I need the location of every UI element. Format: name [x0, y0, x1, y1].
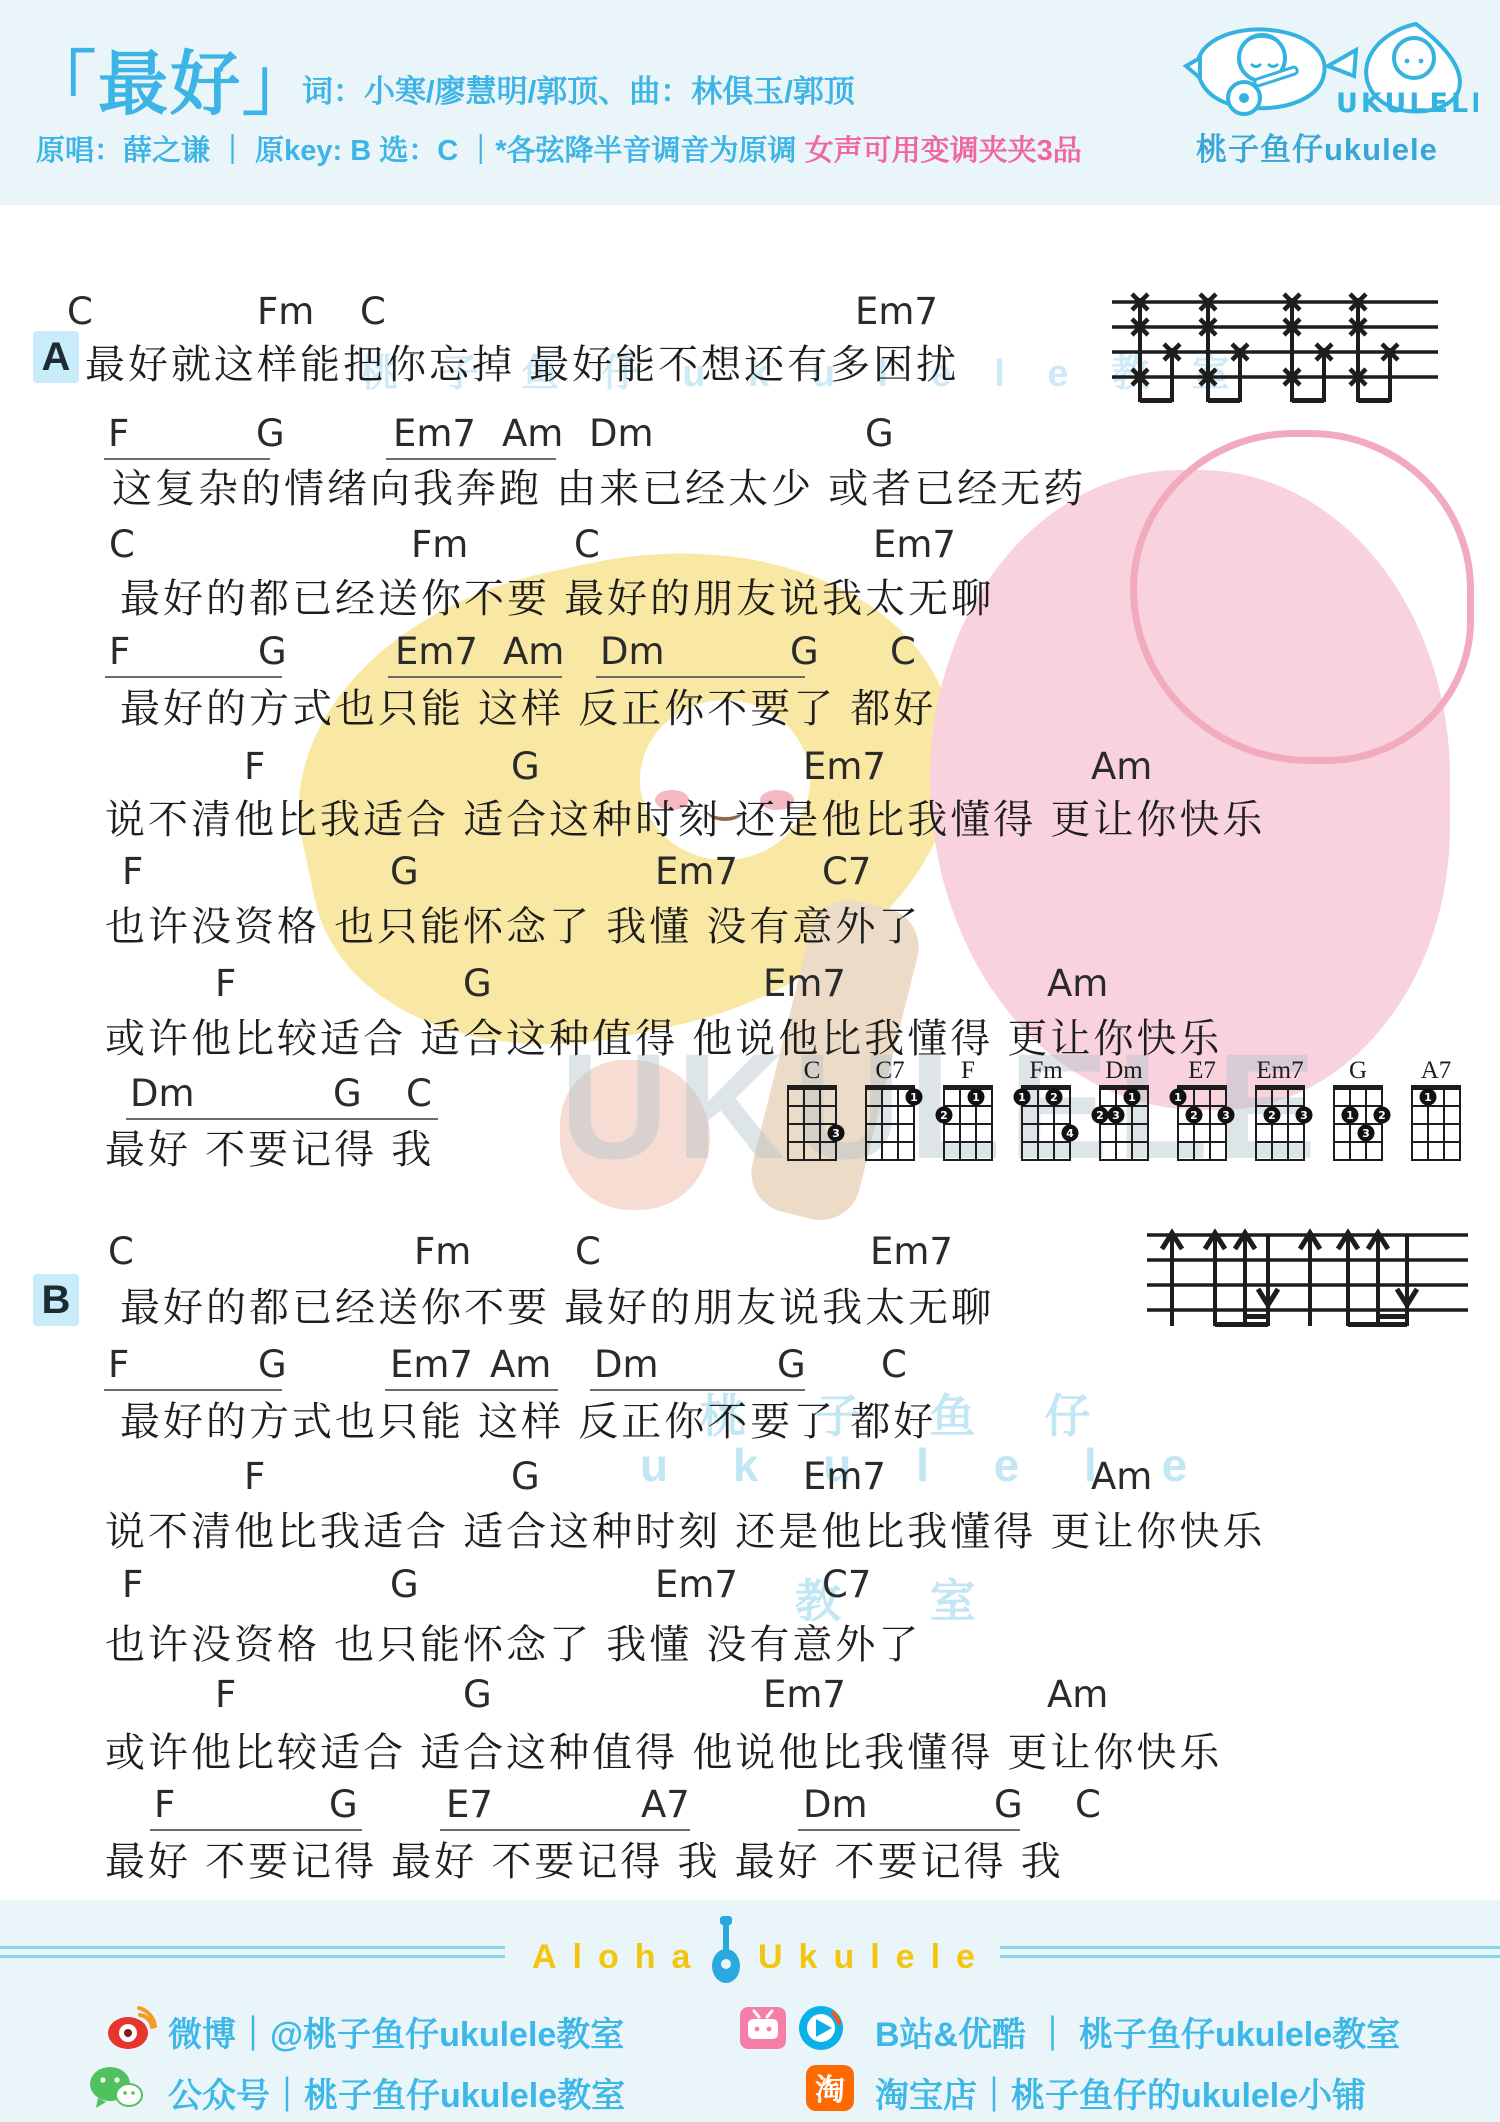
- chord-symbol: Fm: [414, 1230, 471, 1273]
- chord-symbol: C: [360, 290, 386, 333]
- chord-diagram-e7: E7123: [1167, 1058, 1237, 1178]
- lyric-line: 最好的方式也只能 这样 反正你不要了 都好: [120, 1390, 936, 1447]
- chord-symbol: G: [258, 630, 287, 673]
- ukulele-text: Ukulele: [758, 1938, 991, 1977]
- ukulele-icon: [706, 1916, 746, 1991]
- chord-symbol: Am: [490, 1343, 551, 1386]
- svg-text:Fm: Fm: [1029, 1058, 1063, 1084]
- lyric-line: 最好 不要记得 我: [105, 1118, 434, 1175]
- chord-symbol: C: [1075, 1783, 1101, 1826]
- chord-symbol: G: [390, 850, 419, 893]
- chord-symbol: Fm: [257, 290, 314, 333]
- chord-symbol: Em7: [870, 1230, 953, 1273]
- chord-symbol: C: [881, 1343, 907, 1386]
- chord-symbol: Am: [1091, 745, 1152, 788]
- strum-pattern-arrows: [1135, 1225, 1480, 1355]
- chord-symbol: G: [790, 630, 819, 673]
- svg-text:3: 3: [1222, 1109, 1230, 1122]
- lyric-line: 最好 不要记得 最好 不要记得 我 最好 不要记得 我: [105, 1830, 1064, 1887]
- strum-pattern-muted: [1100, 292, 1450, 422]
- bilibili-youku-icon: [740, 2003, 852, 2056]
- section-marker-a: A: [33, 331, 79, 383]
- chord-symbol: F: [154, 1783, 175, 1826]
- footer-item-bilibili-youku: B站&优酷 ｜ 桃子鱼仔ukulele教室: [0, 2003, 1500, 2055]
- footer-label: 淘宝店｜桃子鱼仔的ukulele小铺: [875, 2068, 1366, 2117]
- chord-symbol: E7: [446, 1783, 493, 1826]
- svg-text:2: 2: [1190, 1109, 1198, 1122]
- chord-symbol: C7: [822, 850, 871, 893]
- chord-symbol: G: [865, 412, 894, 455]
- lyric-line: 这复杂的情绪向我奔跑 由来已经太少 或者已经无药: [112, 457, 1086, 514]
- chord-symbol: Em7: [855, 290, 938, 333]
- lyric-line: 也许没资格 也只能怀念了 我懂 没有意外了: [105, 895, 921, 952]
- chord-symbol: Am: [502, 412, 563, 455]
- chord-diagram-dm: Dm123: [1089, 1058, 1159, 1178]
- aloha-divider: Aloha Ukulele: [0, 1916, 1500, 1986]
- chord-symbol: Dm: [600, 630, 665, 673]
- taobao-icon: 淘: [805, 2064, 855, 2117]
- chord-symbol: G: [256, 412, 285, 455]
- chord-symbol: G: [258, 1343, 287, 1386]
- lyric-line: 最好的都已经送你不要 最好的朋友说我太无聊: [120, 567, 994, 624]
- svg-text:2: 2: [1096, 1109, 1104, 1122]
- chord-symbol: Em7: [390, 1343, 473, 1386]
- chord-symbol: Em7: [803, 1455, 886, 1498]
- chord-lyric-sheet: ACFmCEm7最好就这样能把你忘掉 最好能不想还有多困扰FGEm7AmDmG这…: [0, 0, 1500, 2122]
- chord-diagram-fm: Fm124: [1011, 1058, 1081, 1178]
- chord-diagram-a7: A71: [1401, 1058, 1471, 1178]
- chord-symbol: Dm: [803, 1783, 868, 1826]
- chord-symbol: F: [122, 850, 143, 893]
- chord-symbol: F: [215, 1673, 236, 1716]
- lyric-line: 或许他比较适合 适合这种值得 他说他比我懂得 更让你快乐: [105, 1007, 1222, 1064]
- chord-symbol: G: [329, 1783, 358, 1826]
- chord-symbol: Am: [1047, 962, 1108, 1005]
- chord-symbol: Em7: [763, 1673, 846, 1716]
- svg-text:C: C: [804, 1058, 821, 1084]
- chord-symbol: Am: [1091, 1455, 1152, 1498]
- chord-symbol: G: [463, 1673, 492, 1716]
- lyric-line: 最好就这样能把你忘掉 最好能不想还有多困扰: [85, 333, 959, 390]
- svg-text:2: 2: [940, 1109, 948, 1122]
- chord-symbol: Em7: [655, 1563, 738, 1606]
- svg-text:2: 2: [1378, 1109, 1386, 1122]
- chord-symbol: Dm: [589, 412, 654, 455]
- svg-text:3: 3: [832, 1127, 840, 1140]
- chord-symbol: G: [333, 1072, 362, 1115]
- svg-text:1: 1: [1346, 1109, 1354, 1122]
- chord-symbol: C7: [822, 1563, 871, 1606]
- chord-symbol: Em7: [395, 630, 478, 673]
- svg-text:1: 1: [1424, 1091, 1432, 1104]
- footer-item-taobao: 淘淘宝店｜桃子鱼仔的ukulele小铺: [0, 2064, 1500, 2116]
- svg-text:1: 1: [1128, 1091, 1136, 1104]
- svg-text:3: 3: [1112, 1109, 1120, 1122]
- chord-symbol: C: [574, 523, 600, 566]
- svg-text:1: 1: [910, 1091, 918, 1104]
- chord-symbol: C: [406, 1072, 432, 1115]
- chord-diagram-c: C3: [777, 1058, 847, 1178]
- svg-text:3: 3: [1300, 1109, 1308, 1122]
- svg-text:C7: C7: [875, 1058, 904, 1084]
- lyric-line: 说不清他比我适合 适合这种时刻 还是他比我懂得 更让你快乐: [105, 788, 1265, 845]
- aloha-text: Aloha: [532, 1938, 706, 1977]
- svg-text:1: 1: [1174, 1091, 1182, 1104]
- svg-text:4: 4: [1066, 1127, 1074, 1140]
- chord-symbol: A7: [641, 1783, 690, 1826]
- svg-text:1: 1: [1018, 1091, 1026, 1104]
- chord-symbol: C: [109, 523, 135, 566]
- svg-text:3: 3: [1362, 1127, 1370, 1140]
- chord-symbol: Em7: [393, 412, 476, 455]
- chord-symbol: F: [215, 962, 236, 1005]
- lyric-line: 说不清他比我适合 适合这种时刻 还是他比我懂得 更让你快乐: [105, 1500, 1265, 1557]
- chord-symbol: C: [890, 630, 916, 673]
- lyric-line: 最好的方式也只能 这样 反正你不要了 都好: [120, 677, 936, 734]
- chord-symbol: G: [463, 962, 492, 1005]
- divider-stripes-right: [1000, 1946, 1500, 1962]
- svg-text:1: 1: [972, 1091, 980, 1104]
- chord-symbol: Em7: [655, 850, 738, 893]
- lyric-line: 最好的都已经送你不要 最好的朋友说我太无聊: [120, 1276, 994, 1333]
- chord-symbol: F: [244, 745, 265, 788]
- chord-symbol: G: [511, 1455, 540, 1498]
- svg-text:2: 2: [1268, 1109, 1276, 1122]
- svg-text:E7: E7: [1188, 1058, 1216, 1084]
- chord-diagram-f: F12: [933, 1058, 1003, 1178]
- chord-symbol: F: [122, 1563, 143, 1606]
- svg-text:G: G: [1349, 1058, 1367, 1084]
- chord-symbol: Am: [1047, 1673, 1108, 1716]
- chord-symbol: G: [994, 1783, 1023, 1826]
- chord-symbol: C: [67, 290, 93, 333]
- chord-symbol: F: [109, 630, 130, 673]
- chord-diagram-c7: C71: [855, 1058, 925, 1178]
- divider-stripes-left: [0, 1946, 505, 1962]
- chord-symbol: F: [244, 1455, 265, 1498]
- svg-text:A7: A7: [1421, 1058, 1452, 1084]
- chord-symbol: Em7: [873, 523, 956, 566]
- chord-symbol: Dm: [130, 1072, 195, 1115]
- chord-symbol: G: [777, 1343, 806, 1386]
- section-marker-b: B: [33, 1274, 79, 1326]
- svg-text:2: 2: [1050, 1091, 1058, 1104]
- lyric-line: 或许他比较适合 适合这种值得 他说他比我懂得 更让你快乐: [105, 1721, 1222, 1778]
- lyric-line: 也许没资格 也只能怀念了 我懂 没有意外了: [105, 1613, 921, 1670]
- chord-symbol: C: [108, 1230, 134, 1273]
- svg-text:Em7: Em7: [1256, 1058, 1303, 1084]
- svg-text:F: F: [961, 1058, 975, 1084]
- chord-symbol: G: [390, 1563, 419, 1606]
- chord-symbol: Dm: [594, 1343, 659, 1386]
- chord-symbol: Fm: [411, 523, 468, 566]
- svg-text:Dm: Dm: [1105, 1058, 1143, 1084]
- chord-symbol: F: [108, 1343, 129, 1386]
- chord-symbol: Am: [503, 630, 564, 673]
- chord-symbol: C: [575, 1230, 601, 1273]
- chord-symbol: F: [108, 412, 129, 455]
- svg-text:淘: 淘: [815, 2074, 845, 2107]
- chord-diagram-em7: Em723: [1245, 1058, 1315, 1178]
- chord-symbol: Em7: [803, 745, 886, 788]
- chord-symbol: G: [511, 745, 540, 788]
- chord-diagram-g: G123: [1323, 1058, 1393, 1178]
- footer-label: B站&优酷 ｜ 桃子鱼仔ukulele教室: [875, 2007, 1400, 2056]
- chord-symbol: Em7: [763, 962, 846, 1005]
